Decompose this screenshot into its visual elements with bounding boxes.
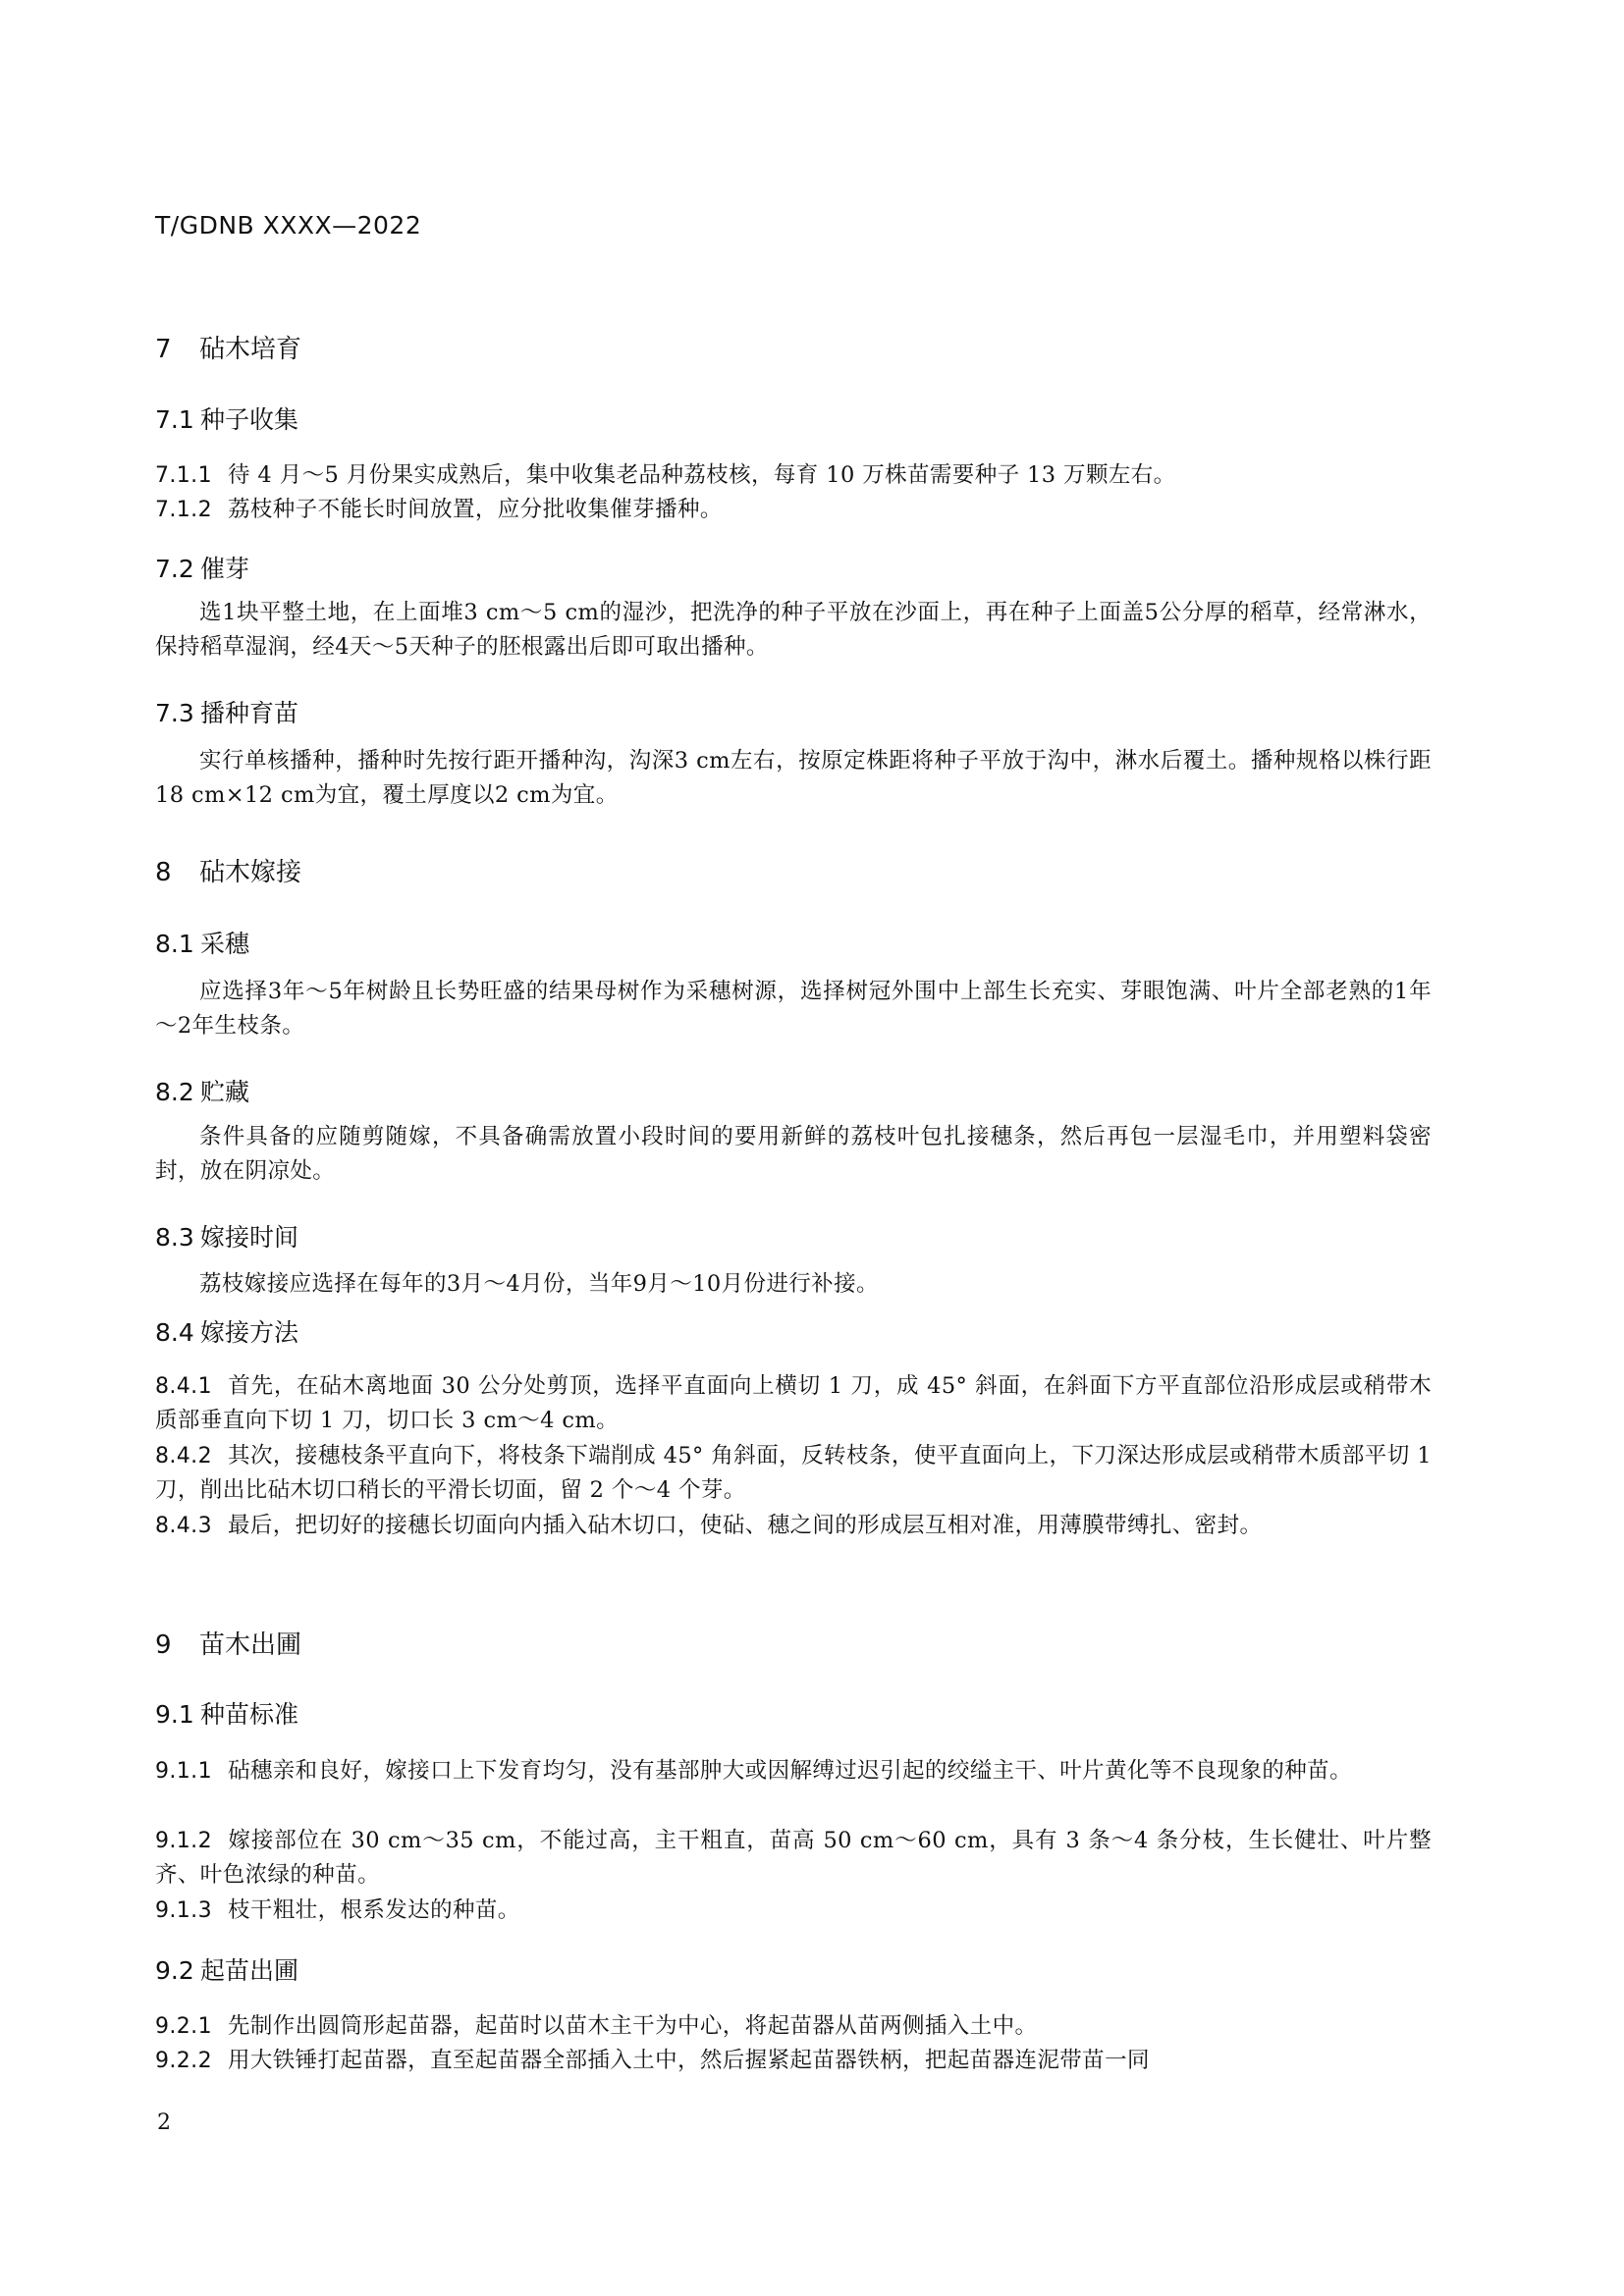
clause-text: 嫁接部位在 30 cm～35 cm，不能过高，主干粗直，苗高 50 cm～60 … [155,1828,1432,1888]
clause-number: 8.4.1 [155,1374,212,1399]
section-title: 砧木嫁接 [199,858,301,887]
clause-number: 7.1.1 [155,463,212,488]
subsection-title: 种苗标准 [200,1700,298,1729]
subsection-title: 贮藏 [200,1078,249,1106]
clause-item: 7.1.2荔枝种子不能长时间放置，应分批收集催芽播种。 [155,493,1432,527]
section-title: 砧木培育 [199,335,301,364]
clause-text: 荔枝种子不能长时间放置，应分批收集催芽播种。 [228,497,723,522]
subsection-number: 9.1 [155,1700,200,1729]
clause-number: 9.1.2 [155,1829,212,1853]
page-number: 2 [157,2110,171,2135]
clause-item: 9.2.1先制作出圆筒形起苗器，起苗时以苗木主干为中心，将起苗器从苗两侧插入土中… [155,2009,1432,2044]
clause-text: 用大铁锤打起苗器，直至起苗器全部插入土中，然后握紧起苗器铁柄，把起苗器连泥带苗一… [228,2048,1150,2073]
clause-number: 7.1.2 [155,498,212,522]
clause-item: 8.4.2其次，接穗枝条平直向下，将枝条下端削成 45° 角斜面，反转枝条，使平… [155,1439,1432,1508]
subsection-heading: 9.2起苗出圃 [155,1951,298,1987]
section-heading: 7砧木培育 [155,329,301,365]
subsection-number: 7.3 [155,699,200,727]
subsection-heading: 8.3嫁接时间 [155,1218,298,1254]
clause-number: 9.2.2 [155,2049,212,2073]
clause-text: 待 4 月～5 月份果实成熟后，集中收集老品种荔枝核，每育 10 万株苗需要种子… [228,462,1176,488]
paragraph: 条件具备的应随剪随嫁，不具备确需放置小段时间的要用新鲜的荔枝叶包扎接穗条，然后再… [155,1120,1432,1189]
subsection-heading: 8.4嫁接方法 [155,1313,298,1349]
subsection-title: 起苗出圃 [200,1956,298,1985]
subsection-number: 8.1 [155,930,200,958]
subsection-title: 采穗 [200,930,249,958]
section-number: 9 [155,1630,199,1660]
subsection-number: 8.3 [155,1223,200,1252]
paragraph: 应选择3年～5年树龄且长势旺盛的结果母树作为采穗树源，选择树冠外围中上部生长充实… [155,975,1432,1043]
subsection-heading: 9.1种苗标准 [155,1695,298,1731]
section-title: 苗木出圃 [199,1630,301,1660]
subsection-number: 8.4 [155,1318,200,1347]
clause-item: 9.2.2用大铁锤打起苗器，直至起苗器全部插入土中，然后握紧起苗器铁柄，把起苗器… [155,2044,1432,2078]
section-heading: 8砧木嫁接 [155,852,301,888]
clause-number: 9.2.1 [155,2014,212,2039]
clause-text: 其次，接穗枝条平直向下，将枝条下端削成 45° 角斜面，反转枝条，使平直面向上，… [155,1443,1432,1503]
clause-number: 8.4.3 [155,1514,212,1538]
clause-number: 9.1.3 [155,1898,212,1923]
clause-text: 首先，在砧木离地面 30 公分处剪顶，选择平直面向上横切 1 刀，成 45° 斜… [155,1373,1432,1433]
subsection-title: 嫁接方法 [200,1318,298,1347]
subsection-heading: 7.2催芽 [155,550,249,585]
paragraph: 实行单核播种，播种时先按行距开播种沟，沟深3 cm左右，按原定株距将种子平放于沟… [155,744,1432,813]
subsection-number: 7.1 [155,405,200,434]
clause-item: 9.1.3枝干粗壮，根系发达的种苗。 [155,1894,1432,1928]
subsection-heading: 7.1种子收集 [155,400,298,436]
clause-number: 9.1.1 [155,1759,212,1784]
subsection-heading: 7.3播种育苗 [155,694,298,729]
subsection-number: 9.2 [155,1956,200,1985]
clause-text: 先制作出圆筒形起苗器，起苗时以苗木主干为中心，将起苗器从苗两侧插入土中。 [228,2013,1037,2039]
clause-item: 7.1.1待 4 月～5 月份果实成熟后，集中收集老品种荔枝核，每育 10 万株… [155,458,1432,493]
document-code-header: T/GDNB XXXX—2022 [155,211,421,240]
clause-number: 8.4.2 [155,1444,212,1468]
section-number: 8 [155,858,199,887]
subsection-title: 嫁接时间 [200,1223,298,1252]
clause-item: 9.1.1砧穗亲和良好，嫁接口上下发育均匀，没有基部肿大或因解缚过迟引起的绞缢主… [155,1754,1432,1789]
subsection-heading: 8.1采穗 [155,925,249,960]
clause-text: 最后，把切好的接穗长切面向内插入砧木切口，使砧、穗之间的形成层互相对准，用薄膜带… [228,1513,1262,1538]
section-number: 7 [155,335,199,364]
subsection-title: 催芽 [200,555,249,583]
subsection-heading: 8.2贮藏 [155,1073,249,1108]
clause-item: 9.1.2嫁接部位在 30 cm～35 cm，不能过高，主干粗直，苗高 50 c… [155,1824,1432,1893]
subsection-number: 8.2 [155,1078,200,1106]
clause-item: 8.4.1首先，在砧木离地面 30 公分处剪顶，选择平直面向上横切 1 刀，成 … [155,1369,1432,1438]
section-heading: 9苗木出圃 [155,1625,301,1661]
paragraph: 选1块平整土地，在上面堆3 cm～5 cm的湿沙，把洗净的种子平放在沙面上，再在… [155,596,1432,665]
clause-text: 枝干粗壮，根系发达的种苗。 [228,1897,520,1923]
subsection-number: 7.2 [155,555,200,583]
subsection-title: 播种育苗 [200,699,298,727]
clause-item: 8.4.3最后，把切好的接穗长切面向内插入砧木切口，使砧、穗之间的形成层互相对准… [155,1509,1432,1543]
clause-text: 砧穗亲和良好，嫁接口上下发育均匀，没有基部肿大或因解缚过迟引起的绞缢主干、叶片黄… [228,1758,1352,1784]
paragraph: 荔枝嫁接应选择在每年的3月～4月份，当年9月～10月份进行补接。 [155,1267,1432,1302]
subsection-title: 种子收集 [200,405,298,434]
